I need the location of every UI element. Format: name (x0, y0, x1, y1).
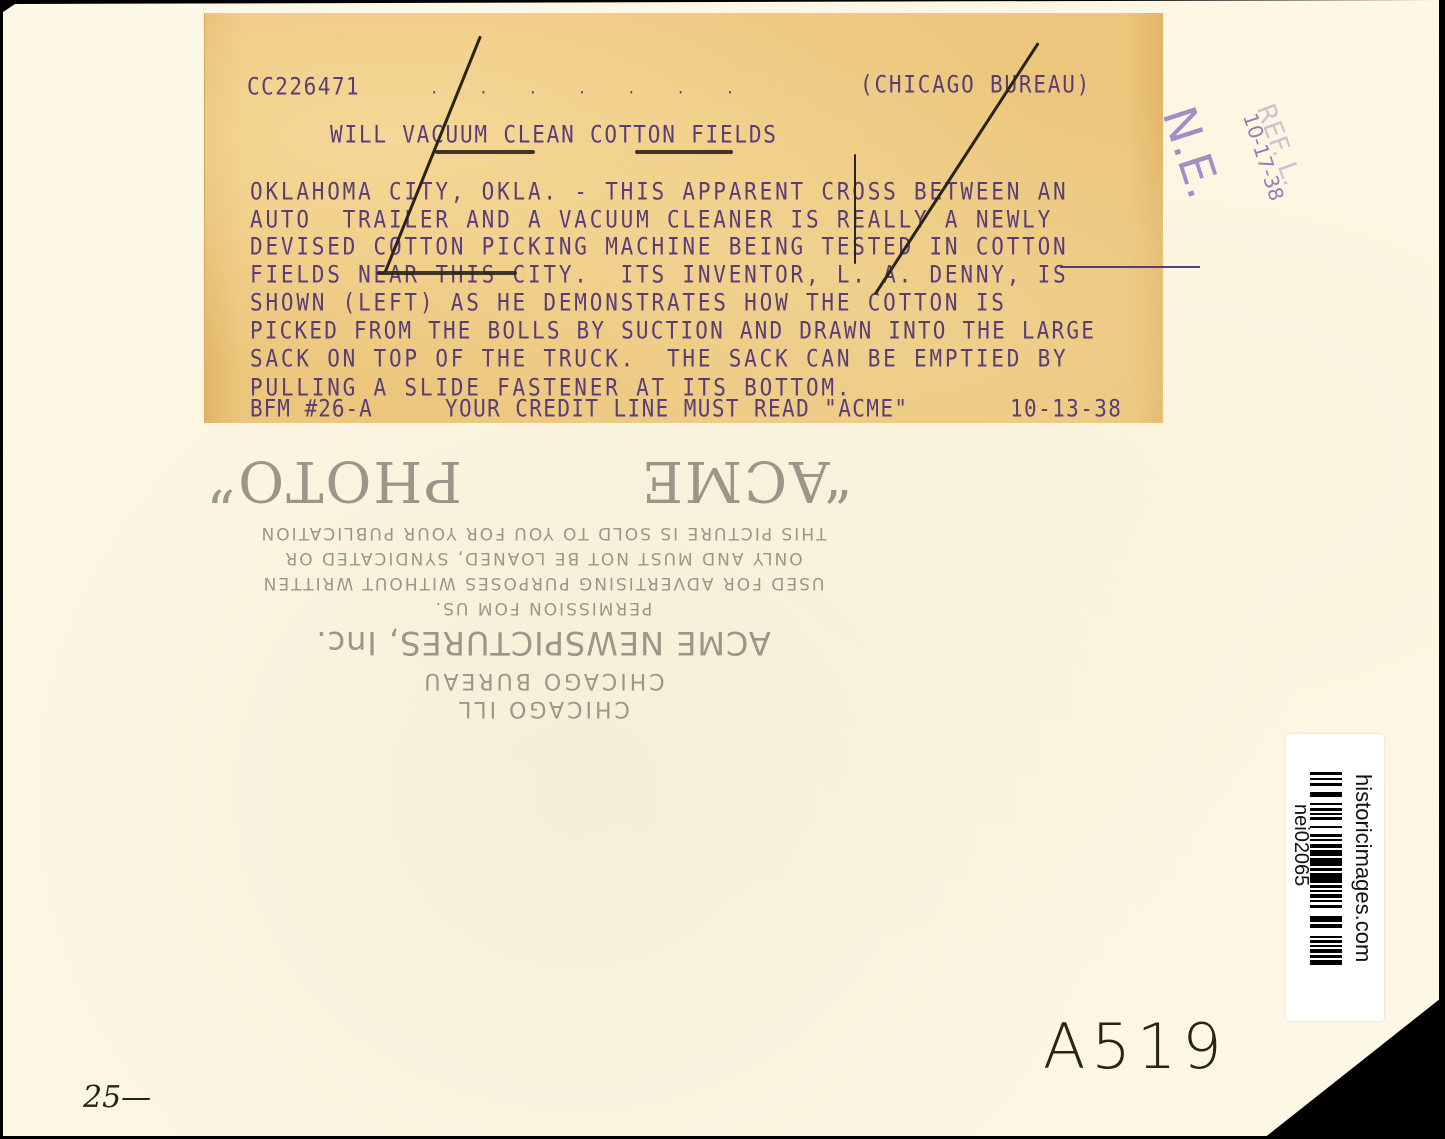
caption-body-line: PICKED FROM THE BOLLS BY SUCTION AND DRA… (250, 319, 1096, 343)
caption-date: 10-13-38 (1010, 397, 1122, 421)
stamp-line: CHICAGO BUREAU (233, 668, 853, 693)
pen-vertical-mark (854, 154, 856, 264)
caption-id-code: CC226471 (247, 75, 360, 99)
name-underline (1060, 266, 1200, 268)
pen-underline-mark (377, 271, 517, 275)
caption-body-line: DEVISED COTTON PICKING MACHINE BEING TES… (250, 235, 1068, 259)
stamp-line: USED FOR ADVERTISING PURPOSES WITHOUT WR… (233, 573, 853, 593)
caption-slip: CC226471 . . . . . . . (CHICAGO BUREAU) … (204, 13, 1163, 423)
pen-underline-mark (435, 150, 535, 154)
caption-dots: . . . . . . . (430, 81, 742, 97)
label-item-id: nei02065 (1289, 804, 1312, 886)
label-site: historicimages.com (1350, 774, 1376, 962)
caption-footer-code: BFM #26-A (250, 397, 373, 421)
handwritten-price: 25— (83, 1080, 151, 1115)
stamp-line: CHICAGO ILL (233, 696, 853, 721)
stamp-line: THIS PICTURE IS SOLD TO YOU FOR YOUR PUB… (233, 523, 853, 543)
stamp-line: “ACME PHOTO” (233, 448, 853, 513)
caption-body-line: AUTO TRAILER AND A VACUUM CLEANER IS REA… (250, 208, 1053, 232)
stamp-line: PERMISSION FOM US. (233, 598, 853, 618)
handwritten-archive-number: A519 (1043, 1010, 1228, 1083)
pen-underline-mark (635, 150, 733, 154)
stamp-line: ONLY AND MUST NOT BE LOANED, SYNDICATED … (233, 548, 853, 568)
acme-rubber-stamp-mirrored: CHICAGO ILL CHICAGO BUREAU ACME NEWSPICT… (233, 428, 853, 718)
caption-headline: WILL VACUUM CLEAN COTTON FIELDS (330, 123, 778, 147)
caption-body-line: SACK ON TOP OF THE TRUCK. THE SACK CAN B… (250, 347, 1068, 371)
caption-bureau: (CHICAGO BUREAU) (860, 73, 1091, 97)
initials-stamp: N.E. (1152, 100, 1232, 205)
barcode (1310, 772, 1342, 1000)
caption-credit-line: YOUR CREDIT LINE MUST READ "ACME" (445, 397, 908, 421)
caption-body-line: SHOWN (LEFT) AS HE DEMONSTRATES HOW THE … (250, 291, 1007, 315)
inventory-label: historicimages.com nei02065 (1286, 734, 1384, 1021)
photo-back: CC226471 . . . . . . . (CHICAGO BUREAU) … (3, 0, 1439, 1136)
caption-body-line: FIELDS NEAR THIS CITY. ITS INVENTOR, L. … (250, 263, 1068, 287)
stamp-line: ACME NEWSPICTURES, Inc. (233, 624, 853, 662)
